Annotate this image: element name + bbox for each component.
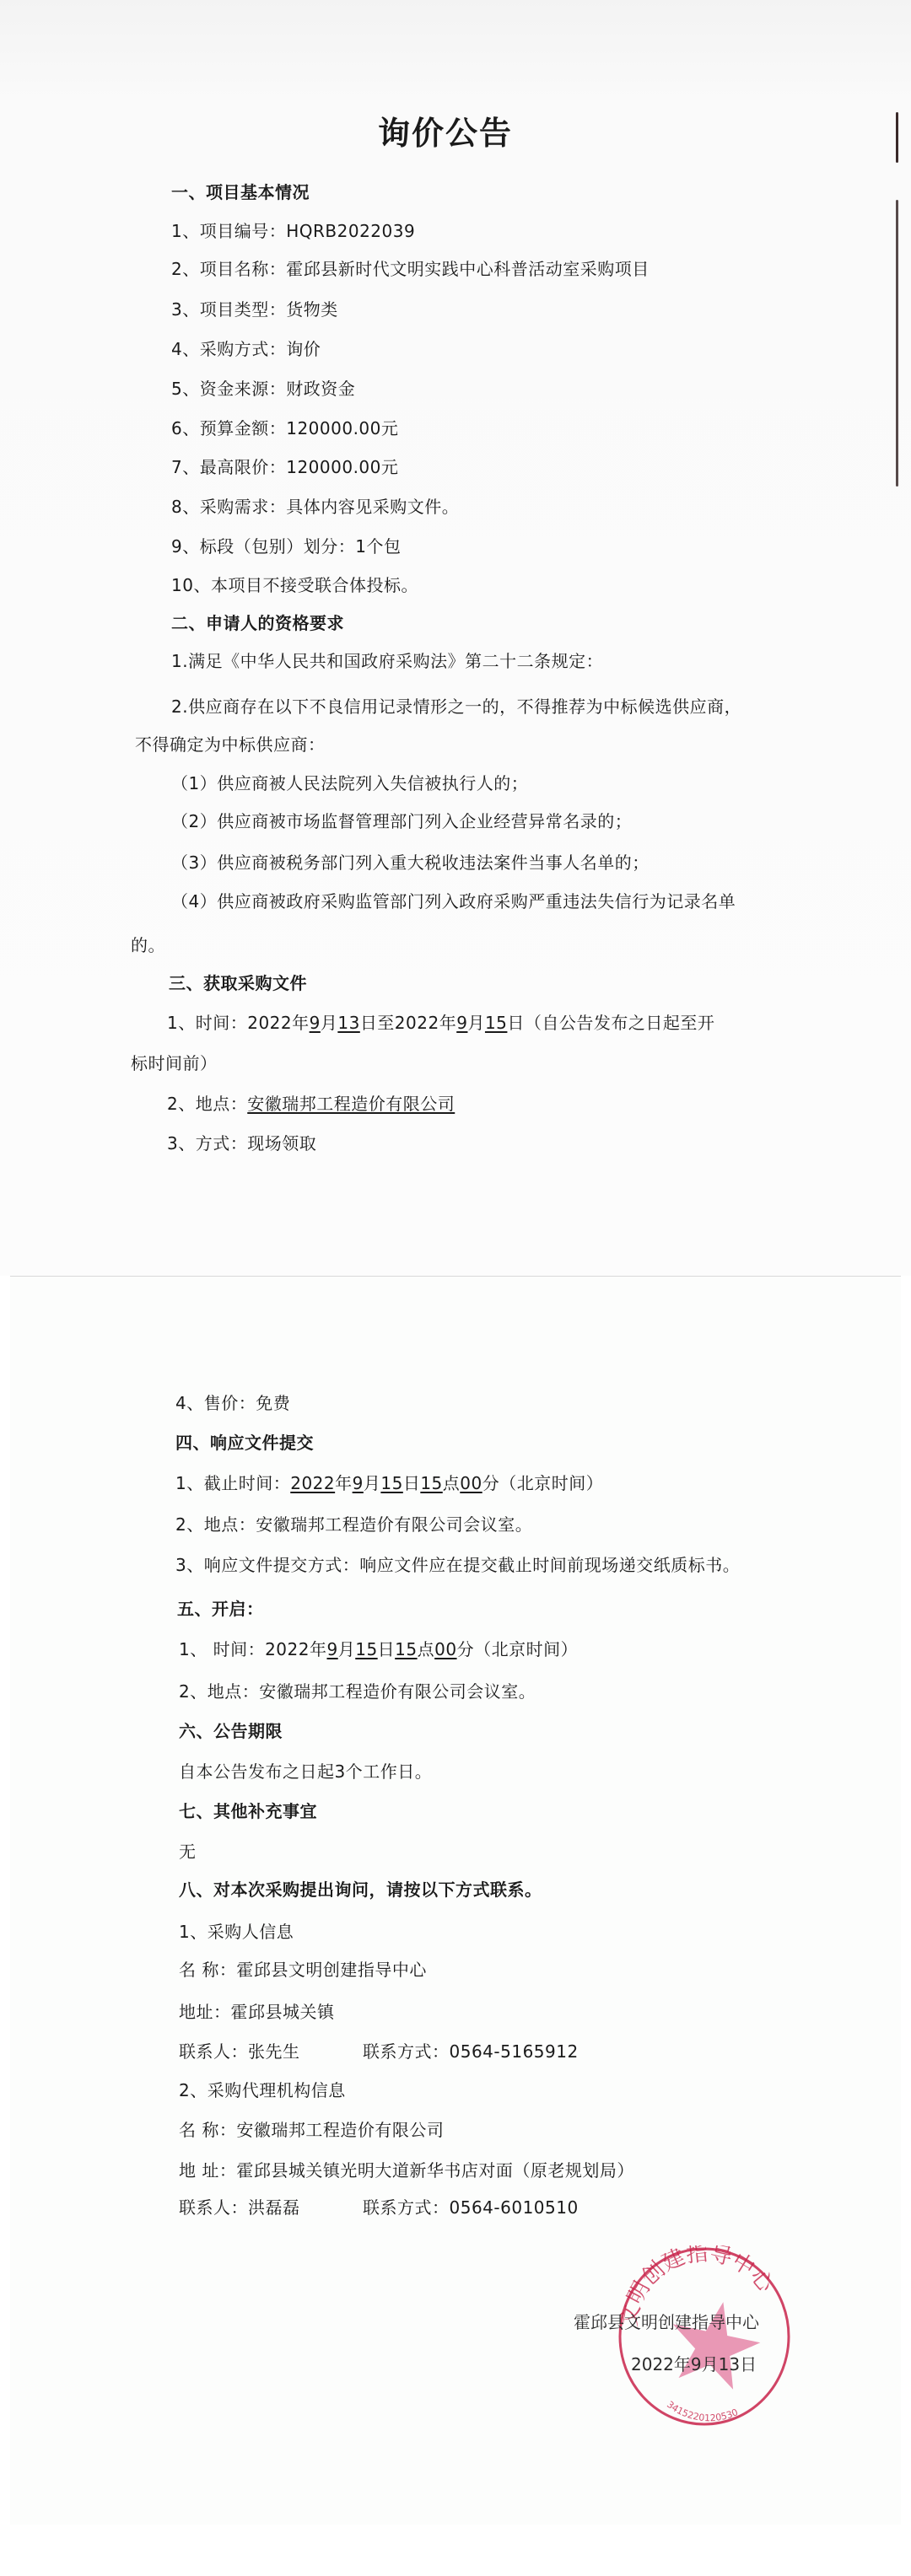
- opening-day: 15: [355, 1639, 377, 1659]
- signature-organization: 霍邱县文明创建指导中心: [574, 2313, 759, 2331]
- doc-acquisition-time: 1、时间：2022年9月13日至2022年9月15日（自公告发布之日起至开: [167, 1014, 714, 1032]
- section-heading-5: 五、开启：: [177, 1600, 264, 1618]
- submission-deadline: 1、截止时间：2022年9月15日15点00分（北京时间）: [175, 1474, 603, 1492]
- page-edge-shadow: [896, 200, 898, 487]
- agency-name: 名 称：安徽瑞邦工程造价有限公司: [179, 2121, 444, 2139]
- procurement-requirement: 8、采购需求：具体内容见采购文件。: [171, 497, 459, 516]
- text: 点: [418, 1639, 435, 1659]
- deadline-month: 9: [353, 1473, 364, 1493]
- disqualify-item-3: （3）供应商被税务部门列入重大税收违法案件当事人名单的；: [171, 853, 650, 872]
- start-day: 13: [337, 1013, 359, 1033]
- text: 分（北京时间）: [482, 1473, 604, 1493]
- doc-acquisition-time-cont: 标时间前）: [131, 1054, 218, 1073]
- deadline-minute: 00: [460, 1473, 482, 1493]
- agency-phone: 联系方式：0564-6010510: [363, 2198, 579, 2217]
- doc-acquisition-method: 3、方式：现场领取: [167, 1134, 316, 1153]
- section-heading-3: 三、获取采购文件: [169, 974, 307, 992]
- section-heading-2: 二、申请人的资格要求: [171, 614, 344, 632]
- document-title: 询价公告: [378, 116, 513, 150]
- place-value: 安徽瑞邦工程造价有限公司: [247, 1094, 455, 1114]
- place-label: 2、地点：: [167, 1094, 247, 1114]
- text: 月: [321, 1013, 338, 1033]
- section-heading-1: 一、项目基本情况: [171, 183, 310, 202]
- buyer-phone: 联系方式：0564-5165912: [363, 2042, 579, 2061]
- agency-contact: 联系人：洪磊磊: [179, 2198, 300, 2217]
- text: 日: [378, 1639, 396, 1659]
- section-heading-6: 六、公告期限: [179, 1722, 283, 1740]
- signature-date: 2022年9月13日: [631, 2355, 757, 2374]
- scanned-page-1: [0, 0, 911, 1276]
- text: 日: [403, 1473, 421, 1493]
- announcement-period: 自本公告发布之日起3个工作日。: [179, 1762, 432, 1781]
- budget-amount: 6、预算金额：120000.00元: [171, 419, 398, 438]
- deadline-hour: 15: [420, 1473, 442, 1493]
- doc-acquisition-place: 2、地点：安徽瑞邦工程造价有限公司: [167, 1094, 455, 1113]
- text: 月: [338, 1639, 356, 1659]
- fund-source: 5、资金来源：财政资金: [171, 379, 355, 398]
- opening-hour: 15: [395, 1639, 417, 1659]
- text: 月: [364, 1473, 381, 1493]
- opening-month: 9: [326, 1639, 337, 1659]
- start-month: 9: [310, 1013, 321, 1033]
- agency-address: 地 址：霍邱县城关镇光明大道新华书店对面（原老规划局）: [179, 2161, 634, 2180]
- end-day: 15: [485, 1013, 507, 1033]
- text: 年: [335, 1473, 353, 1493]
- time-prefix: 1、 时间：2022年: [179, 1639, 326, 1659]
- lot-division: 9、标段（包别）划分：1个包: [171, 537, 401, 556]
- section-heading-7: 七、其他补充事宜: [179, 1802, 317, 1820]
- text: 日至2022年: [360, 1013, 456, 1033]
- supplementary-matters: 无: [179, 1842, 197, 1861]
- buyer-name: 名 称：霍邱县文明创建指导中心: [179, 1960, 427, 1979]
- end-month: 9: [456, 1013, 467, 1033]
- procurement-method: 4、采购方式：询价: [171, 340, 321, 358]
- text: 月: [467, 1013, 485, 1033]
- section-heading-8: 八、对本次采购提出询问，请按以下方式联系。: [179, 1880, 542, 1899]
- text: 分（北京时间）: [457, 1639, 579, 1659]
- submission-method: 3、响应文件提交方式：响应文件应在提交截止时间前现场递交纸质标书。: [175, 1556, 740, 1574]
- time-prefix: 1、时间：2022年: [167, 1013, 310, 1033]
- submission-place: 2、地点：安徽瑞邦工程造价有限公司会议室。: [175, 1515, 532, 1534]
- deadline-year: 2022: [290, 1473, 335, 1493]
- opening-place: 2、地点：安徽瑞邦工程造价有限公司会议室。: [179, 1682, 536, 1701]
- opening-time: 1、 时间：2022年9月15日15点00分（北京时间）: [179, 1640, 578, 1659]
- buyer-info-heading: 1、采购人信息: [179, 1923, 294, 1941]
- buyer-contact: 联系人：张先生: [179, 2042, 300, 2061]
- section-heading-4: 四、响应文件提交: [175, 1433, 314, 1452]
- project-number: 1、项目编号：HQRB2022039: [171, 222, 415, 240]
- official-seal-stamp: 文明创建指导中心 3415220120530: [616, 2245, 793, 2426]
- page-edge-shadow: [896, 112, 898, 163]
- opening-minute: 00: [434, 1639, 456, 1659]
- project-name: 2、项目名称：霍邱县新时代文明实践中心科普活动室采购项目: [171, 260, 650, 278]
- qualification-2-cont: 不得确定为中标供应商：: [135, 735, 326, 754]
- no-consortium: 10、本项目不接受联合体投标。: [171, 576, 418, 594]
- disqualify-item-4: （4）供应商被政府采购监管部门列入政府采购严重违法失信行为记录名单: [171, 892, 736, 911]
- project-type: 3、项目类型：货物类: [171, 300, 338, 319]
- disqualify-item-2: （2）供应商被市场监督管理部门列入企业经营异常名录的；: [171, 812, 632, 831]
- max-price: 7、最高限价：120000.00元: [171, 458, 398, 476]
- disqualify-item-4-cont: 的。: [131, 936, 165, 955]
- qualification-1: 1.满足《中华人民共和国政府采购法》第二十二条规定：: [171, 652, 603, 670]
- qualification-2: 2.供应商存在以下不良信用记录情形之一的，不得推荐为中标候选供应商，: [171, 697, 741, 716]
- agency-info-heading: 2、采购代理机构信息: [179, 2081, 346, 2100]
- text: 点: [443, 1473, 461, 1493]
- text: 日（自公告发布之日起至开: [507, 1013, 714, 1033]
- disqualify-item-1: （1）供应商被人民法院列入失信被执行人的；: [171, 774, 528, 793]
- buyer-address: 地址：霍邱县城关镇: [179, 2003, 335, 2021]
- doc-price: 4、售价：免费: [175, 1394, 290, 1412]
- deadline-label: 1、截止时间：: [175, 1473, 290, 1493]
- deadline-day: 15: [380, 1473, 402, 1493]
